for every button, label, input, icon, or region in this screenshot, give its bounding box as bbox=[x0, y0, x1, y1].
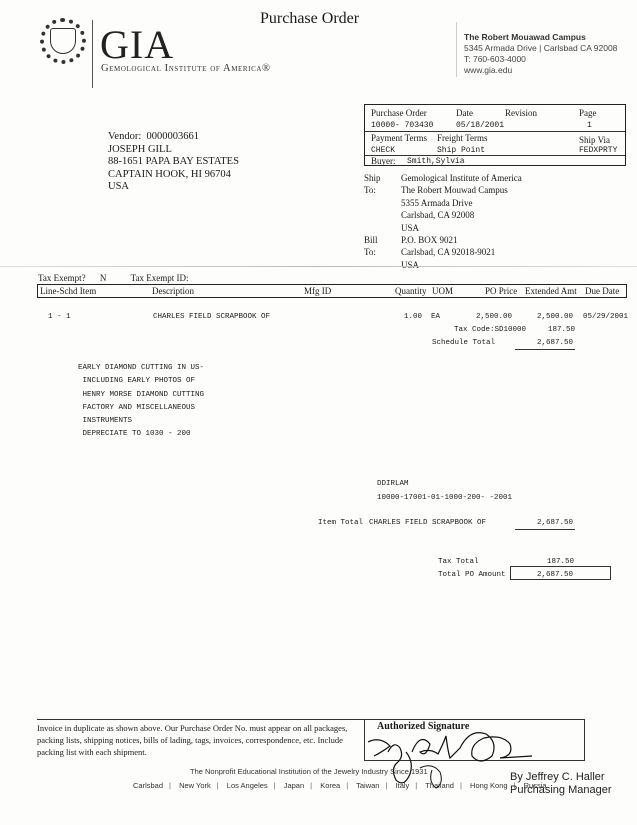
invoice-instructions: Invoice in duplicate as shown above. Our… bbox=[37, 722, 357, 758]
item-total-label: Item Total bbox=[318, 519, 363, 527]
line-items-header: Line-Schd Item Description Mfg ID Quanti… bbox=[37, 284, 627, 298]
campus-website: www.gia.edu bbox=[464, 65, 617, 76]
po-number-label: Purchase Order bbox=[371, 108, 427, 118]
ship-to-line: USA bbox=[401, 222, 419, 234]
ship-to-line: 5355 Armada Drive bbox=[401, 197, 472, 209]
bill-to-label: Bill To: bbox=[364, 234, 378, 259]
line-notes: EARLY DIAMOND CUTTING IN US- INCLUDING E… bbox=[78, 362, 204, 442]
note-line: INSTRUMENTS bbox=[78, 415, 204, 428]
line-po-price: 2,500.00 bbox=[476, 313, 512, 321]
line-number: 1 - 1 bbox=[48, 313, 71, 321]
office: Japan bbox=[284, 781, 304, 790]
item-total-description: CHARLES FIELD SCRAPBOOK OF bbox=[369, 519, 486, 527]
line-extended-amt: 2,500.00 bbox=[537, 313, 573, 321]
ship-to-line: Carlsbad, CA 92008 bbox=[401, 209, 474, 221]
gia-logo-text: GIA bbox=[100, 25, 174, 65]
bill-to-line: Carlsbad, CA 92018-9021 bbox=[401, 246, 495, 258]
page-label: Page bbox=[579, 108, 597, 118]
tax-exempt-id-label: Tax Exempt ID: bbox=[131, 273, 189, 283]
date-label: Date bbox=[456, 108, 473, 118]
page-fold-line bbox=[0, 266, 637, 267]
schedule-total-label: Schedule Total bbox=[432, 339, 495, 347]
vendor-block: Vendor: 0000003661 JOSEPH GILL 88-1651 P… bbox=[108, 131, 239, 194]
office: Italy bbox=[396, 781, 410, 790]
office: Korea bbox=[320, 781, 340, 790]
box-divider bbox=[365, 131, 625, 132]
payment-terms-label: Payment Terms bbox=[371, 133, 427, 143]
bill-to-line: USA bbox=[401, 259, 419, 271]
vendor-line: 88-1651 PAPA BAY ESTATES bbox=[108, 156, 239, 169]
office: Los Angeles bbox=[227, 781, 268, 790]
tax-exempt-value: N bbox=[100, 273, 107, 283]
tax-code: Tax Code:SD10000 bbox=[454, 326, 526, 334]
line-due-date: 05/29/2001 bbox=[583, 313, 628, 321]
col-due-date: Due Date bbox=[585, 286, 619, 296]
ship-via-label: Ship Via bbox=[579, 135, 610, 145]
col-mfg-id: Mfg ID bbox=[304, 286, 331, 296]
signer-title: Purchasing Manager bbox=[510, 784, 612, 797]
revision-label: Revision bbox=[505, 108, 537, 118]
vendor-line: CAPTAIN HOOK, HI 96704 bbox=[108, 169, 239, 182]
buyer-name: Smith,Sylvia bbox=[407, 157, 465, 166]
col-extended-amt: Extended Amt bbox=[525, 286, 577, 296]
vendor-line: USA bbox=[108, 181, 239, 194]
total-po-amount: 2,687.50 bbox=[537, 571, 573, 579]
office: New York bbox=[179, 781, 211, 790]
office-locations: Carlsbad| New York| Los Angeles| Japan| … bbox=[133, 781, 547, 790]
office: Carlsbad bbox=[133, 781, 163, 790]
po-number: 10000- 703430 bbox=[371, 121, 433, 130]
ship-to-line: The Robert Mouwad Campus bbox=[401, 184, 508, 196]
tax-amount: 187.50 bbox=[548, 326, 575, 334]
signer-name: By Jeffrey C. Haller bbox=[510, 771, 612, 784]
gia-seal-logo-icon bbox=[40, 18, 86, 64]
vendor-id-line: Vendor: 0000003661 bbox=[108, 131, 239, 144]
bill-to-line: P.O. BOX 9021 bbox=[401, 234, 458, 246]
freight-terms: Ship Point bbox=[437, 146, 485, 155]
col-description: Description bbox=[152, 286, 194, 296]
account-string: 10000-17001-01-1000-200- -2001 bbox=[377, 494, 512, 502]
box-divider bbox=[365, 155, 625, 156]
campus-divider bbox=[456, 22, 457, 77]
note-line: INCLUDING EARLY PHOTOS OF bbox=[78, 375, 204, 388]
freight-terms-label: Freight Terms bbox=[437, 133, 487, 143]
campus-phone: T: 760-603-4000 bbox=[464, 54, 617, 65]
po-date: 05/18/2001 bbox=[456, 121, 504, 130]
schedule-total: 2,687.50 bbox=[537, 339, 573, 347]
col-po-price: PO Price bbox=[485, 286, 517, 296]
tax-exempt-label: Tax Exempt? bbox=[38, 273, 86, 283]
tax-exempt-row: Tax Exempt? N Tax Exempt ID: bbox=[38, 273, 188, 283]
col-uom: UOM bbox=[432, 286, 453, 296]
tax-total-label: Tax Total bbox=[438, 558, 479, 566]
col-quantity: Quantity bbox=[395, 286, 427, 296]
note-line: EARLY DIAMOND CUTTING IN US- bbox=[78, 362, 204, 375]
logo-divider bbox=[92, 20, 93, 88]
gia-logo-subtitle: Gemological Institute of America® bbox=[101, 63, 271, 74]
office: Hong Kong bbox=[470, 781, 508, 790]
note-line: DEPRECIATE TO 1030 - 200 bbox=[78, 428, 204, 441]
signer-block: By Jeffrey C. Haller Purchasing Manager bbox=[510, 771, 612, 797]
campus-address-block: The Robert Mouawad Campus 5345 Armada Dr… bbox=[464, 32, 617, 76]
ship-to-label: Ship To: bbox=[364, 172, 381, 197]
vendor-line: JOSEPH GILL bbox=[108, 144, 239, 157]
office: Thailand bbox=[425, 781, 454, 790]
po-info-box: Purchase Order Date Revision Page 10000-… bbox=[364, 104, 626, 166]
ship-via: FEDXPRTY bbox=[579, 146, 617, 155]
campus-address: 5345 Armada Drive | Carlsbad CA 92008 bbox=[464, 43, 617, 54]
item-total-underline bbox=[515, 529, 575, 530]
office: Taiwan bbox=[356, 781, 379, 790]
page-title: Purchase Order bbox=[260, 10, 359, 28]
buyer-label: Buyer: bbox=[371, 156, 396, 166]
payment-terms: CHECK bbox=[371, 146, 395, 155]
total-po-label: Total PO Amount bbox=[438, 571, 506, 579]
campus-name: The Robert Mouawad Campus bbox=[464, 32, 617, 43]
note-line: HENRY MORSE DIAMOND CUTTING bbox=[78, 389, 204, 402]
account-code: DDIRLAM bbox=[377, 480, 409, 488]
page-number: 1 bbox=[587, 121, 592, 130]
vendor-label: Vendor: bbox=[108, 131, 141, 142]
institution-tagline: The Nonprofit Educational Institution of… bbox=[190, 767, 428, 776]
schedule-total-underline bbox=[515, 349, 575, 350]
line-quantity: 1.00 bbox=[404, 313, 422, 321]
line-uom: EA bbox=[431, 313, 440, 321]
tax-total: 187.50 bbox=[547, 558, 574, 566]
vendor-id: 0000003661 bbox=[147, 131, 200, 142]
item-total: 2,687.50 bbox=[537, 519, 573, 527]
ship-to-line: Gemological Institute of America bbox=[401, 172, 522, 184]
line-description: CHARLES FIELD SCRAPBOOK OF bbox=[153, 313, 270, 321]
note-line: FACTORY AND MISCELLANEOUS bbox=[78, 402, 204, 415]
col-line-schd-item: Line-Schd Item bbox=[40, 286, 96, 296]
